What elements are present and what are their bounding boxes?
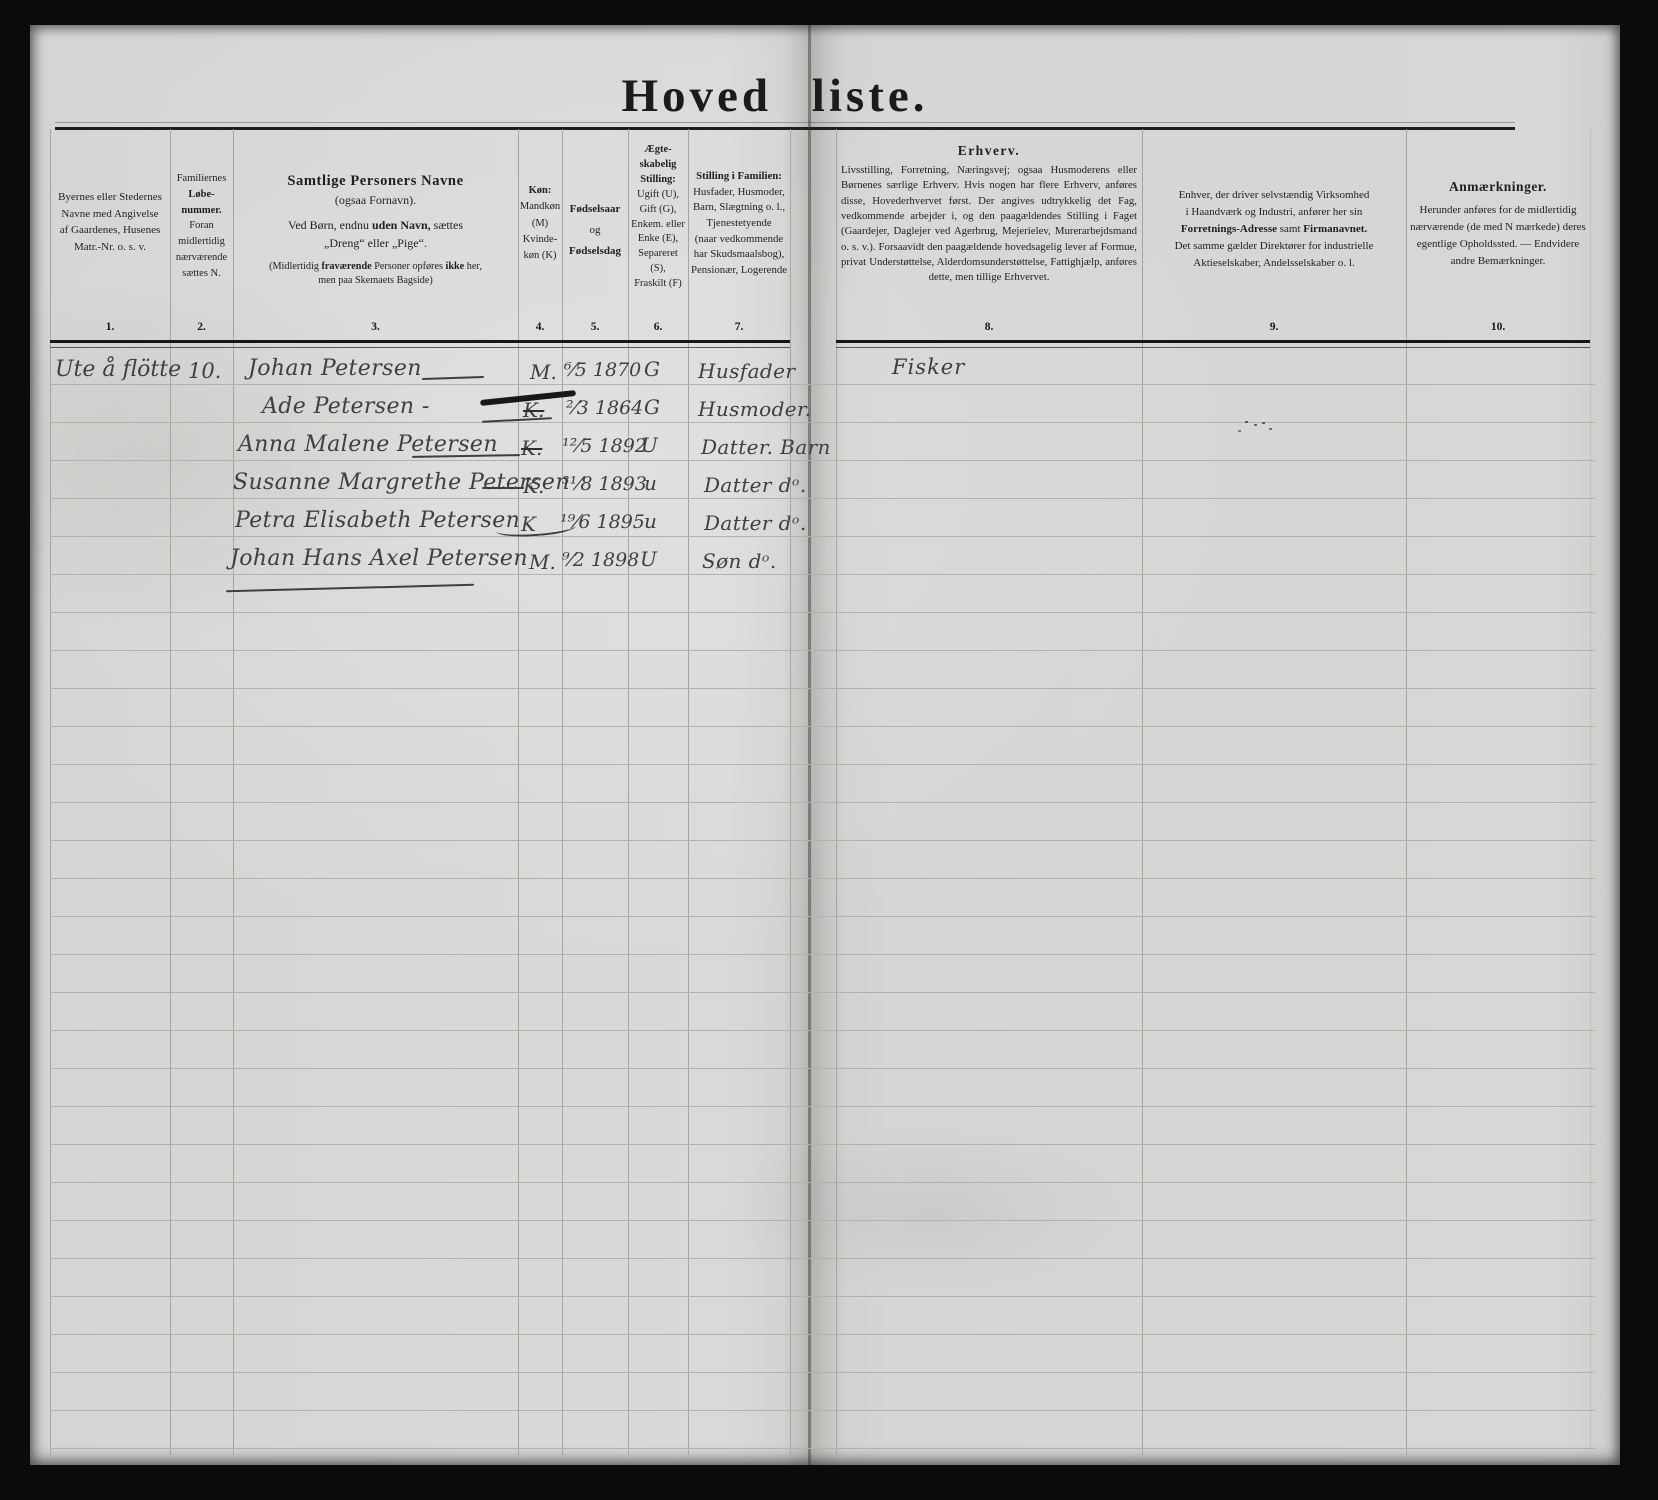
entry-position: Datter dᵒ.	[704, 473, 807, 497]
header-text: Ved Børn, endnu uden Navn, sættes	[233, 217, 518, 234]
header-text: i Haandværk og Industri, anfører her sin	[1142, 204, 1406, 221]
entry-sex: M.	[530, 360, 557, 384]
header-text: sættes N.	[170, 266, 233, 282]
header-text: „Dreng“ eller „Pige“.	[233, 235, 518, 252]
column-number: 6.	[628, 321, 688, 333]
entry-marital: U	[641, 433, 658, 457]
header-text: Erhverv.	[836, 141, 1142, 160]
header-text: Mandkøn	[518, 199, 562, 215]
ink-specks	[1245, 421, 1248, 423]
header-rule-left	[50, 340, 790, 348]
header-text: Byernes eller Stedernes	[50, 189, 170, 206]
header-text: har Skudsmaalsbog),	[688, 247, 790, 263]
header-text: Livsstilling, Forretning, Næringsvej; og…	[836, 163, 1142, 286]
page-title: Hoved liste.	[30, 69, 1520, 123]
header-text: Barn, Slægtning o. l.,	[688, 200, 790, 216]
entry-position: Datter dᵒ.	[704, 511, 807, 535]
header-text: Stilling i Familien:	[688, 169, 790, 185]
header-text: Løbe-	[170, 187, 233, 203]
column-number: 7.	[688, 321, 790, 333]
header-text: (ogsaa Fornavn).	[233, 192, 518, 209]
header-text: Forretnings-Adresse samt Firmanavnet.	[1142, 221, 1406, 238]
header-text: Ægte-	[628, 143, 688, 158]
column-number: 5.	[562, 321, 628, 333]
header-text: Ugift (U),	[628, 188, 688, 203]
column-header-occupation: Erhverv. Livsstilling, Forretning, Nærin…	[836, 129, 1142, 341]
header-text: Husfader, Husmoder,	[688, 185, 790, 201]
census-scan: Hoved liste. Byernes eller Stedernes Nav…	[0, 0, 1658, 1500]
header-text: skabelig	[628, 158, 688, 173]
header-text: Enkem. eller	[628, 218, 688, 233]
column-number: 1.	[50, 321, 170, 333]
entry-marital: G	[644, 395, 660, 419]
entry-marital: u	[644, 509, 657, 533]
header-text: Samtlige Personers Navne	[233, 171, 518, 192]
entry-marital: u	[644, 471, 657, 495]
header-text: Køn:	[518, 183, 562, 199]
header-text: (S),	[628, 262, 688, 277]
column-header-names: Samtlige Personers Navne (ogsaa Fornavn)…	[233, 129, 518, 341]
entry-name: Anna Malene Petersen	[238, 432, 498, 457]
header-rule-right	[836, 340, 1590, 348]
header-text: nærværende	[170, 250, 233, 266]
entry-birthdate: ³¹⁄8 1893	[562, 473, 647, 495]
header-text: Navne med Angivelse	[50, 206, 170, 223]
entry-name: Susanne Margrethe Petersen	[233, 470, 570, 495]
header-text: midlertidig	[170, 234, 233, 250]
header-text: Foran	[170, 218, 233, 234]
header-text: (M)	[518, 216, 562, 232]
column-number: 4.	[518, 321, 562, 333]
header-text: Aktieselskaber, Andelsselskaber o. l.	[1142, 255, 1406, 272]
column-header-birth: Fødselsaar og Fødselsdag	[562, 129, 628, 341]
column-header-places: Byernes eller Stedernes Navne med Angive…	[50, 129, 170, 341]
header-text: Gift (G),	[628, 203, 688, 218]
header-text: Kvinde-	[518, 232, 562, 248]
header-text: Enke (E),	[628, 232, 688, 247]
header-text: Det samme gælder Direktører for industri…	[1142, 238, 1406, 255]
column-number: 2.	[170, 321, 233, 333]
entry-name: Ade Petersen -	[262, 394, 430, 419]
entry-marital: U	[640, 547, 657, 571]
column-header-sex: Køn: Mandkøn (M) Kvinde- køn (K)	[518, 129, 562, 341]
column-header-business-address: Enhver, der driver selvstændig Virksomhe…	[1142, 129, 1406, 341]
entry-position: Datter. Barn	[701, 435, 831, 459]
header-text: nummer.	[170, 203, 233, 219]
entry-place: Ute å flötte	[55, 357, 181, 382]
header-text: og	[562, 220, 628, 241]
header-text: Fødselsaar	[562, 199, 628, 220]
column-number: 9.	[1142, 321, 1406, 333]
header-text: Herunder anføres for de midlertidig nærv…	[1406, 202, 1590, 270]
header-text: Fødselsdag	[562, 241, 628, 262]
header-text: (Midlertidig fraværende Personer opføres…	[233, 260, 518, 274]
header-text: Separeret	[628, 247, 688, 262]
column-number: 8.	[836, 321, 1142, 333]
column-header-family-number: Familiernes Løbe- nummer. Foran midlerti…	[170, 129, 233, 341]
entry-sex: K.	[523, 474, 544, 498]
entry-position: Husmoder.	[698, 397, 812, 421]
entry-name: Johan Petersen	[248, 356, 422, 381]
header-text: af Gaardenes, Husenes	[50, 222, 170, 239]
entry-birthdate: ²⁄3 1864	[566, 397, 643, 419]
entry-birthdate: ¹²⁄5 1892	[562, 435, 647, 457]
header-text: Fraskilt (F)	[628, 277, 688, 292]
entry-position: Søn dᵒ.	[702, 549, 777, 573]
column-header-marital: Ægte- skabelig Stilling: Ugift (U), Gift…	[628, 129, 688, 341]
entry-name: Johan Hans Axel Petersen	[230, 546, 528, 571]
header-text: Anmærkninger.	[1406, 177, 1590, 198]
header-text: Enhver, der driver selvstændig Virksomhe…	[1142, 187, 1406, 204]
entry-sex: K.	[521, 436, 542, 460]
header-text: Tjenestetyende	[688, 216, 790, 232]
column-number: 10.	[1406, 321, 1590, 333]
entry-marital: G	[644, 357, 660, 381]
header-text: Stilling:	[628, 173, 688, 188]
paper-sheet: Hoved liste. Byernes eller Stedernes Nav…	[30, 25, 1620, 1465]
header-text: Matr.-Nr. o. s. v.	[50, 239, 170, 256]
entry-name: Petra Elisabeth Petersen	[235, 508, 520, 533]
column-number: 3.	[233, 321, 518, 333]
entry-occupation: Fisker	[892, 355, 965, 379]
entry-position: Husfader	[698, 359, 795, 383]
entry-sex: M.	[529, 550, 556, 574]
ink-flourish	[482, 487, 524, 489]
column-header-family-position: Stilling i Familien: Husfader, Husmoder,…	[688, 129, 790, 341]
entry-birthdate: ⁶⁄5 1870	[564, 359, 641, 381]
entry-family-number: 10.	[188, 359, 221, 383]
header-text: Familiernes	[170, 171, 233, 187]
header-text: køn (K)	[518, 248, 562, 264]
header-text: men paa Skemaets Bagside)	[233, 274, 518, 288]
entry-birthdate: ⁹⁄2 1898	[562, 549, 639, 571]
column-header-remarks: Anmærkninger. Herunder anføres for de mi…	[1406, 129, 1590, 341]
header-text: Pensionær, Logerende	[688, 263, 790, 279]
header-text: (naar vedkommende	[688, 232, 790, 248]
